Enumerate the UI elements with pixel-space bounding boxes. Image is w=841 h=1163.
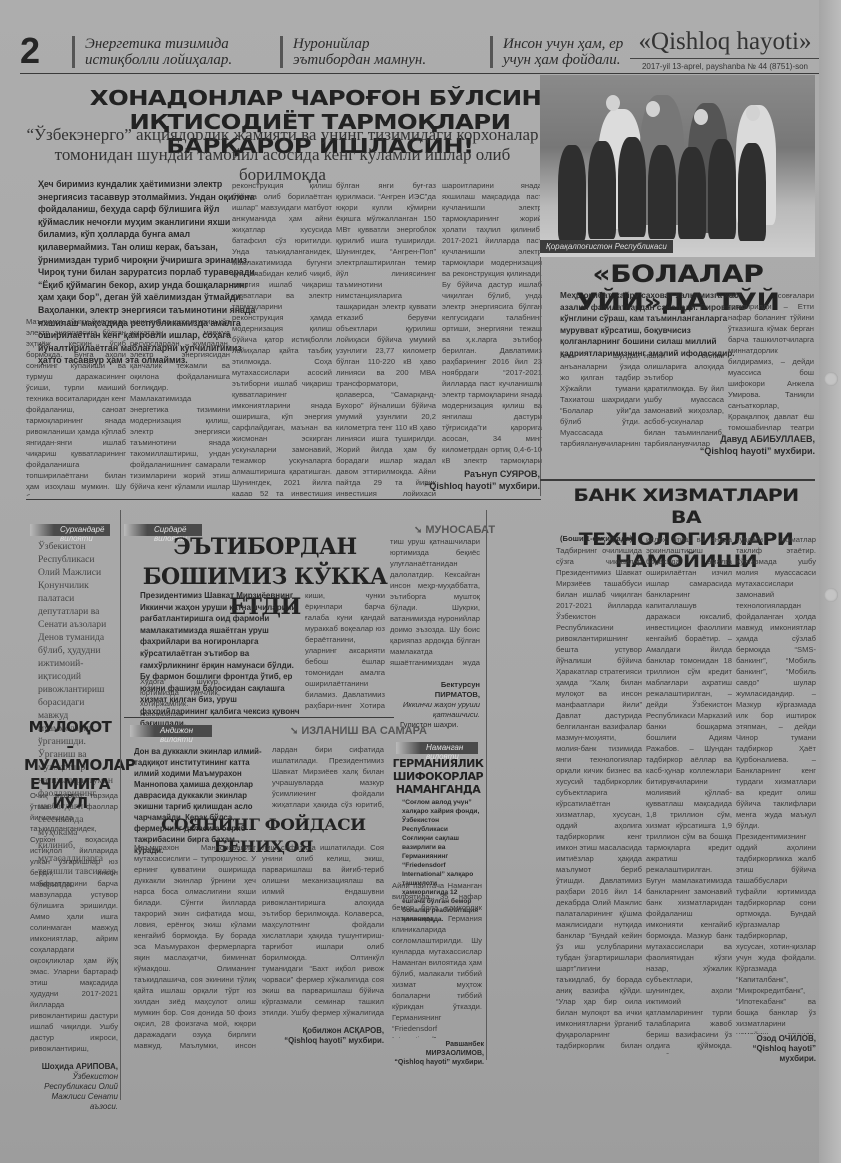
namangan-body: Айни пайтгача Наманган вилоятида 35 нафа… <box>392 880 482 1038</box>
newspaper-brand: «Qishloq hayoti» 2017-yil 13-aprel, pays… <box>630 28 820 71</box>
section-tag-surkhandarya: Сурхандарё вилояти <box>30 524 110 536</box>
andijan-byline: Қобилжон АСҚАРОВ, “Qishloq hayoti” мухби… <box>260 1026 384 1046</box>
rubric-izlanish: ➘ИЗЛАНИШ ВА САМАРА <box>290 725 427 737</box>
lead-column-1: Маълумки, сўнгги йилларда электр энергия… <box>26 316 126 496</box>
feature-column-1: Ана шундай анъаналарни ўзида жо қилган т… <box>560 350 640 450</box>
lead-column-5: шароитларини янада яхшилаш мақсадида пас… <box>442 180 542 465</box>
lead-column-3: реконструкция қилиш бўйича олиб борилаёт… <box>232 180 332 496</box>
lead-column-2: нини янада юксалтириш кўп жиҳатдан мавжу… <box>130 316 230 496</box>
feature-lede: Меҳр-оқибат, хайру саховат халқимизга хо… <box>560 290 750 359</box>
bank-byline: Озод ОЧИЛОВ, “Qishloq hayoti” мухбири. <box>720 1034 816 1064</box>
syrdarya-column-1: Худога шукур, юртимизда тинчлик, хотиржа… <box>140 676 220 716</box>
children-group-photo: Қорақалпоғистон Республикаси <box>540 75 815 257</box>
surkhandarya-byline: Шоҳида АРИПОВА, Ўзбекистон Республикаси … <box>24 1062 118 1112</box>
arrow-icon: ➘ <box>290 726 298 737</box>
divider <box>120 510 121 1100</box>
section-tag-andijan: Андижон вилояти <box>130 725 212 737</box>
syrdarya-column-3: тиш уруш қатнашчилари юртимизда беқиёс у… <box>390 536 480 666</box>
lead-column-4: бўлган янги буғ-газ қурилмаси. “Ангрен И… <box>336 180 436 496</box>
teaser-soy[interactable]: Инсон учун ҳам, ер учун ҳам фойдали. <box>490 36 623 68</box>
andijan-column-1: Маъмурахон Маннопованинг мутахассислиги … <box>134 842 256 1054</box>
region-tag: Қорақалпоғистон Республикаси <box>540 240 673 253</box>
divider <box>124 717 394 718</box>
binding-hole <box>824 588 838 602</box>
namangan-byline: Равшанбек МИРЗАОЛИМОВ, “Qishloq hayoti” … <box>392 1040 484 1067</box>
surkhandarya-body: Очиқ мулоқот тарзида ўтган фаоллар йиғил… <box>30 790 118 1052</box>
bank-column-2: ислоҳ этиш ва янада эркинлаштириш бораси… <box>646 534 732 1054</box>
teaser-energy[interactable]: Энергетика тизимида истиқболли лойиҳалар… <box>72 36 232 68</box>
bank-column-3: турдаги хизматлар таклиф этаётир. Кўргаз… <box>736 534 816 1034</box>
lead-subhead: “Ўзбекэнерго” акциядорлик жамияти ва уни… <box>20 125 545 185</box>
arrow-icon: ➘ <box>414 525 422 536</box>
masthead: 2 Энергетика тизимида истиқболли лойиҳал… <box>20 26 820 74</box>
lead-byline: Раънуп СУЯРОВ, “Qishloq hayoti” мухбири. <box>400 468 540 492</box>
page-edge <box>819 0 841 1163</box>
divider <box>540 479 815 481</box>
binding-hole <box>824 372 838 386</box>
syrdarya-column-2: киши, чунки ёрқинлари барча ғалаба куни … <box>305 590 385 714</box>
andijan-column-2: лиш сифатида ишлатилади. Соя унини олиб … <box>262 842 384 1018</box>
rubric-munosabat: ➘МУНОСАБАТ <box>414 524 495 536</box>
andijan-intro-right: лардан бири сифатида ишлатилади. Президе… <box>272 744 384 808</box>
bank-column-1: Тадбирнинг очилишида сўзга чиққанлар Пре… <box>556 545 642 1055</box>
divider <box>486 510 487 1060</box>
teaser-veterans[interactable]: Нуронийлар эътибордан мамнун. <box>280 36 426 68</box>
section-tag-namangan: Наманган вилояти <box>396 742 478 754</box>
newspaper-page: 2 Энергетика тизимида истиқболли лойиҳал… <box>0 0 841 1163</box>
feature-byline: Давуд АБИБУЛЛАЕВ, “Qishloq hayoti” мухби… <box>690 433 815 457</box>
feature-column-3: лик совғалари топширилди. – Етти нафар б… <box>728 290 814 432</box>
syrdarya-byline: Бектурсун ПИРМАТОВ, Иккинчи жаҳон уруши … <box>400 680 480 730</box>
page-number: 2 <box>20 30 40 72</box>
issue-date: 2017-yil 13-aprel, payshanba № 44 (8751)… <box>630 62 820 71</box>
namangan-headline: ГЕРМАНИЯЛИК ШИФОКОРЛАР НАМАНГАНДА <box>392 757 484 796</box>
brand-name: «Qishloq hayoti» <box>630 28 820 59</box>
divider <box>26 499 541 500</box>
